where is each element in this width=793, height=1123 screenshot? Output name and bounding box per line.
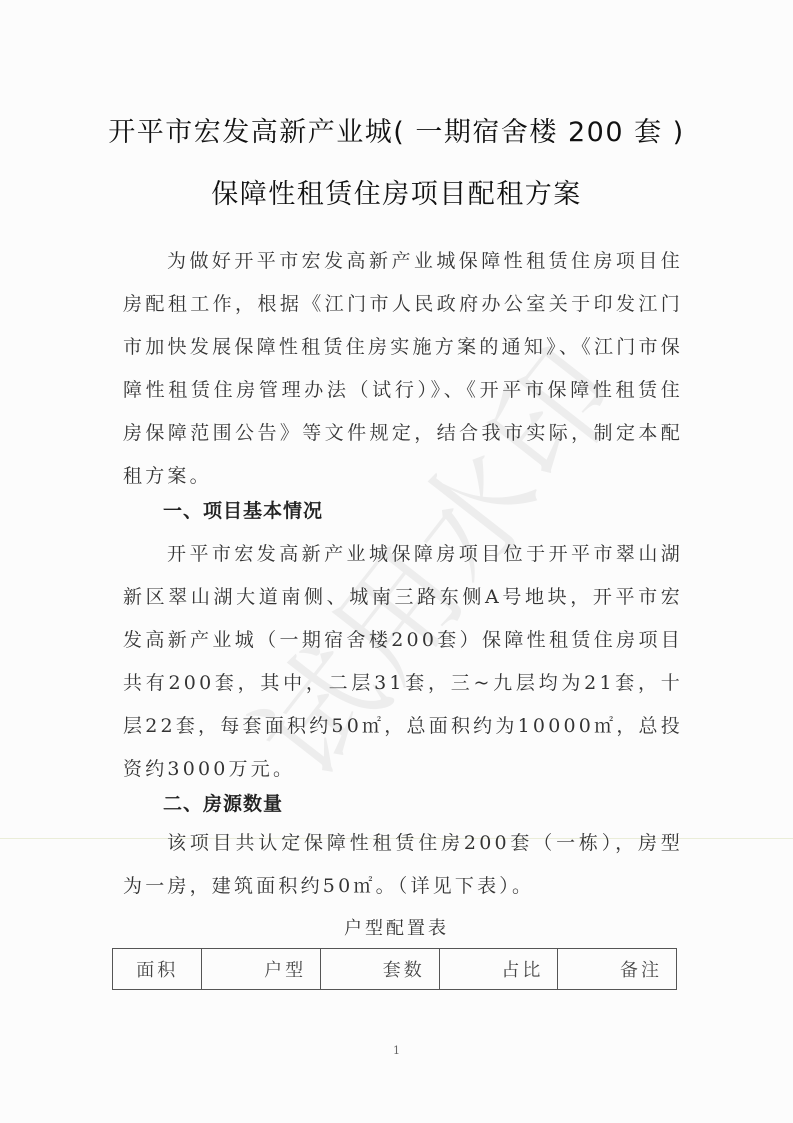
table-header-unit-count: 套数 [321, 949, 440, 990]
section-heading-project-overview: 一、项目基本情况 [163, 496, 323, 523]
table-caption: 户型配置表 [0, 914, 793, 940]
document-title-line2: 保障性租赁住房项目配租方案 [0, 172, 793, 211]
table-header-percentage: 占比 [439, 949, 558, 990]
unit-configuration-table: 面积 户型 套数 占比 备注 [112, 948, 677, 990]
section-body-project-overview: 开平市宏发高新产业城保障房项目位于开平市翠山湖新区翠山湖大道南侧、城南三路东侧A… [123, 533, 683, 791]
table-header-area: 面积 [113, 949, 202, 990]
table-header-row: 面积 户型 套数 占比 备注 [113, 949, 677, 990]
table-header-remarks: 备注 [558, 949, 677, 990]
page-number: 1 [0, 1044, 793, 1057]
intro-paragraph: 为做好开平市宏发高新产业城保障性租赁住房项目住房配租工作，根据《江门市人民政府办… [123, 240, 683, 498]
section-body-housing-quantity: 该项目共认定保障性租赁住房200套（一栋），房型为一房，建筑面积约50㎡。（详见… [123, 822, 683, 908]
section-heading-housing-quantity: 二、房源数量 [163, 789, 283, 816]
table-header-unit-type: 户型 [202, 949, 321, 990]
document-title-line1: 开平市宏发高新产业城( 一期宿舍楼 200 套 ) [0, 110, 793, 149]
document-page: 试用水印 开平市宏发高新产业城( 一期宿舍楼 200 套 ) 保障性租赁住房项目… [0, 0, 793, 1123]
